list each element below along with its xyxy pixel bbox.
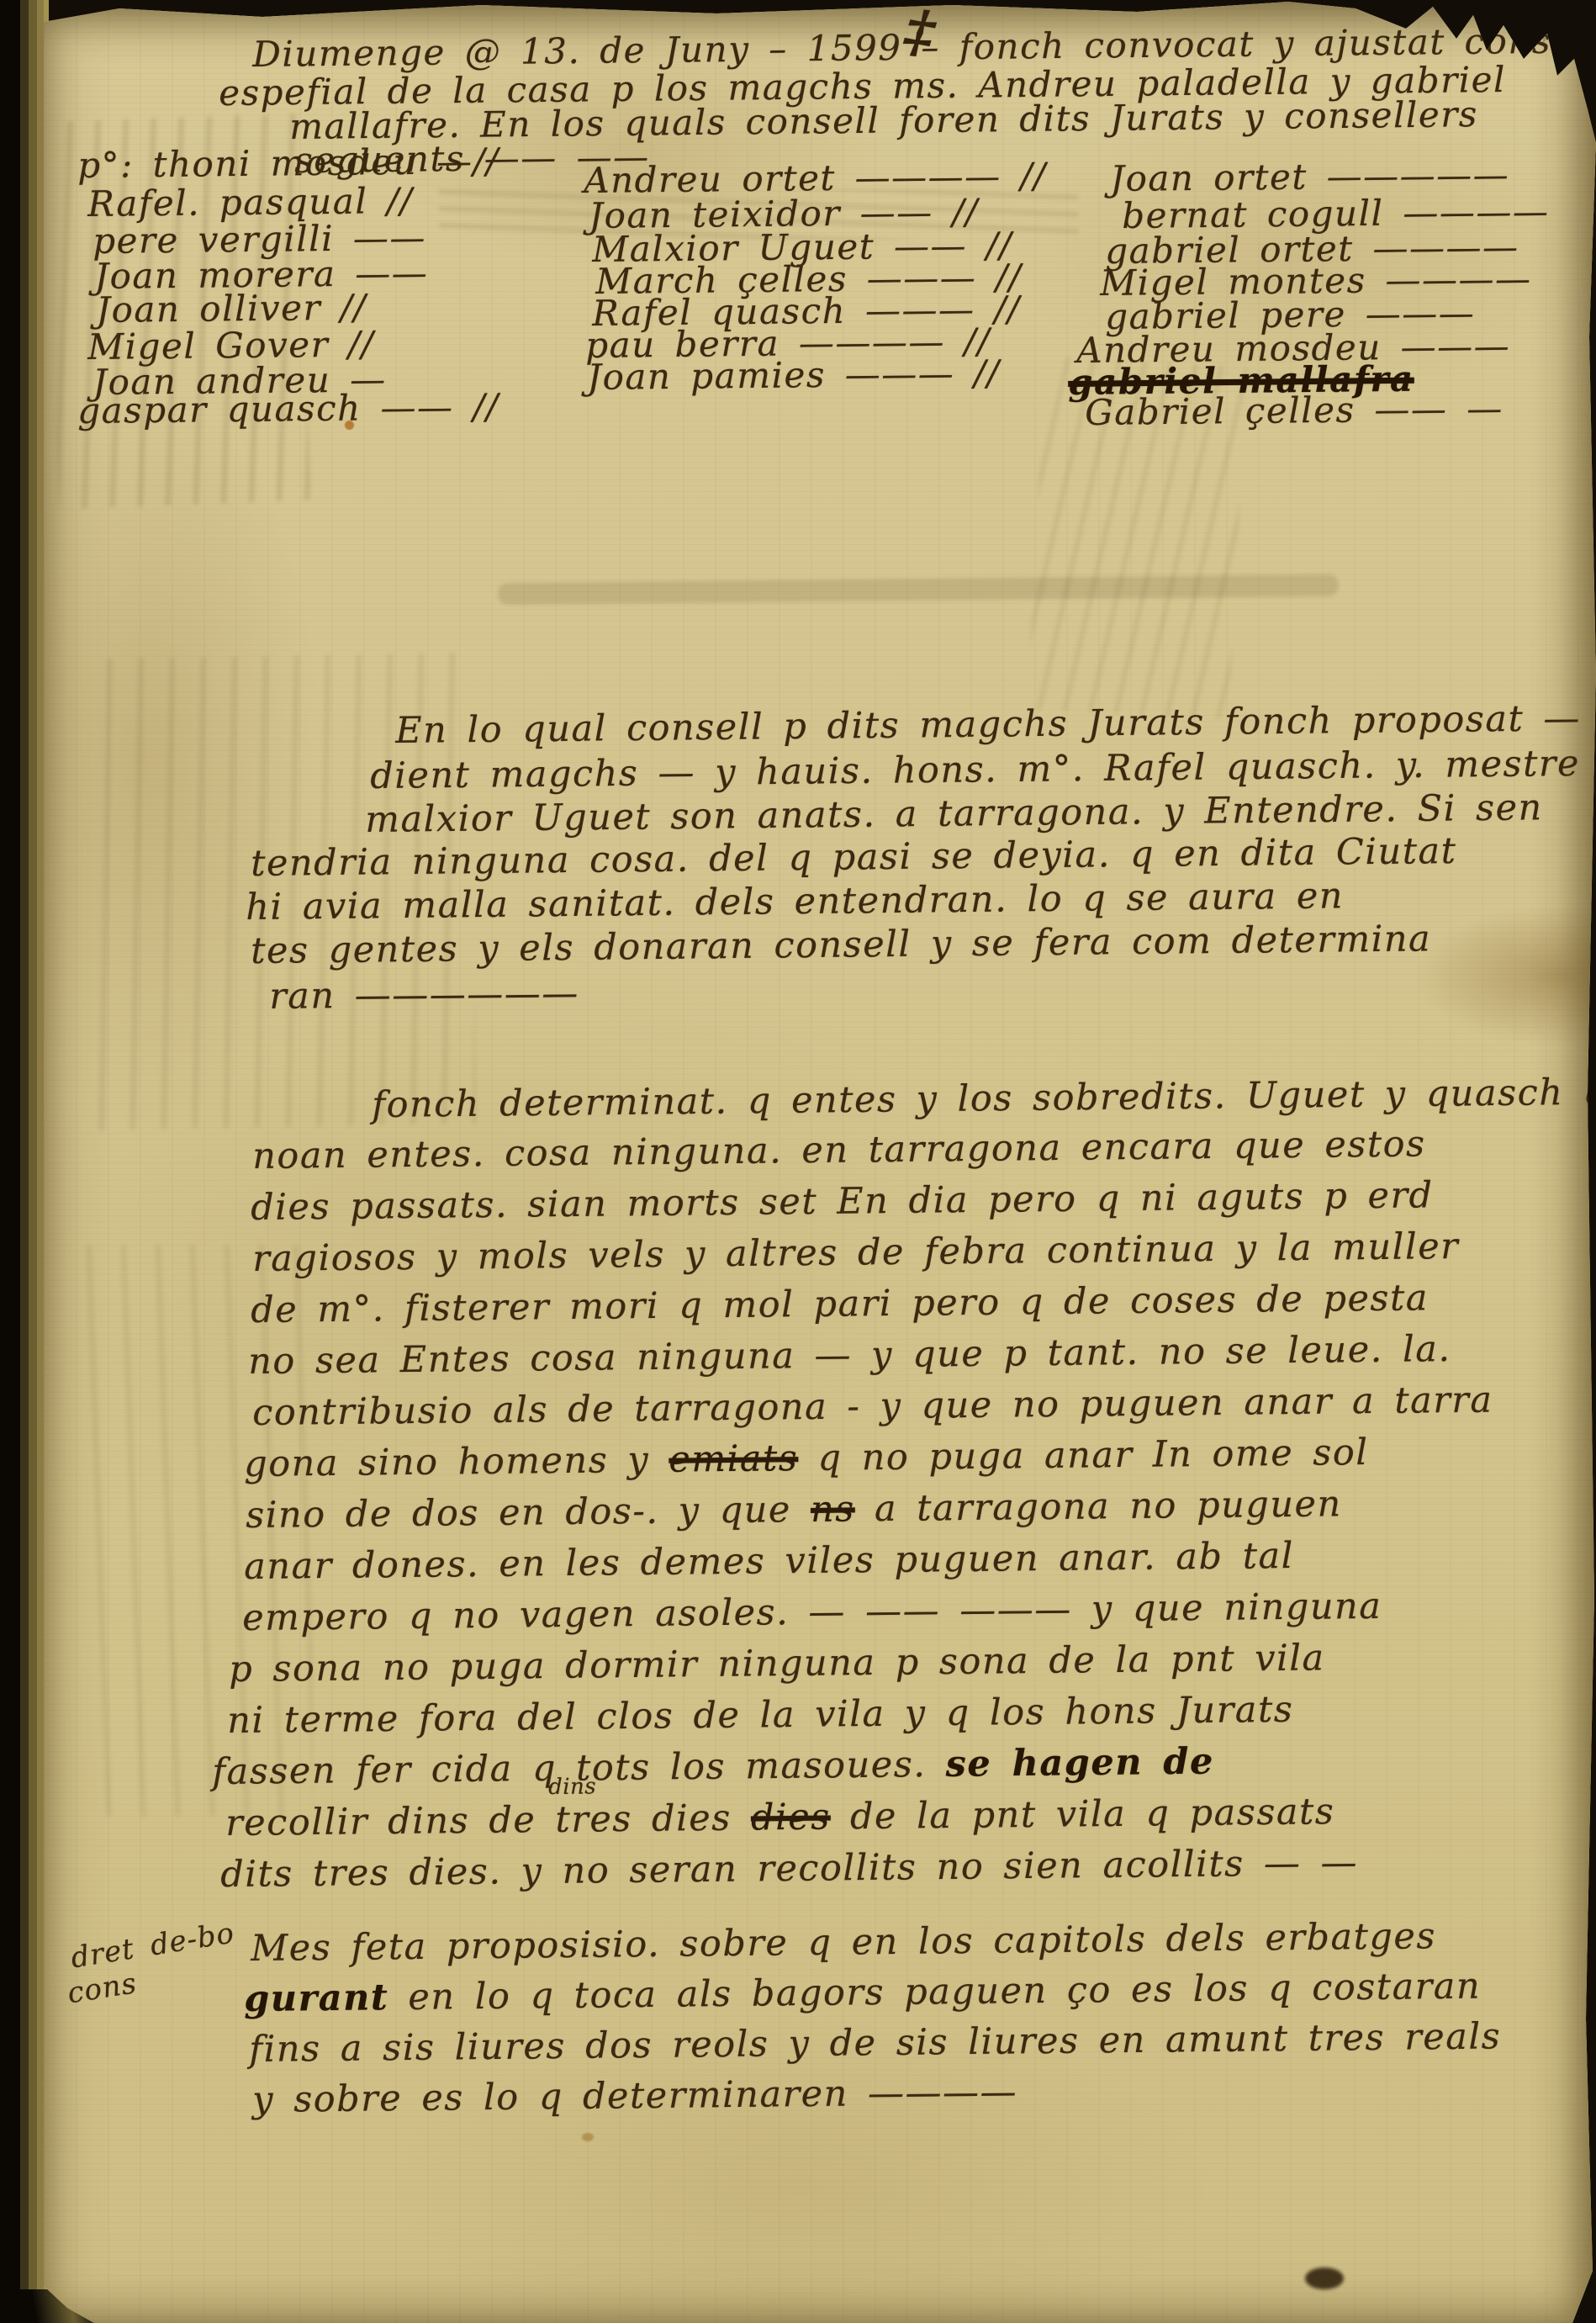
struck-word: dies — [751, 1796, 831, 1839]
line-segment: de la pnt vila q passats — [831, 1791, 1335, 1838]
attendee-name: Gabriel çelles —— — — [1085, 391, 1504, 431]
determination-line: ragiosos y mols vels y altres de febra c… — [252, 1229, 1459, 1278]
attendee-name: gaspar quasch —— // — [77, 389, 499, 429]
determination-line: dits tres dies. y no seran recollits no … — [220, 1845, 1358, 1893]
determination-line: noan entes. cosa ninguna. en tarragona e… — [252, 1126, 1426, 1175]
manuscript-page: 305 ‡ Diumenge @ 13. de Juny – 1599 – fo… — [44, 0, 1596, 2323]
line-segment: sino de dos en dos-. y que — [246, 1489, 811, 1537]
proposal-line: En lo qual consell p dits magchs Jurats … — [395, 701, 1581, 749]
margin-note: cons — [66, 1969, 139, 2008]
determination-line: contribusio als de tarragona - y que no … — [252, 1383, 1493, 1431]
book-gutter — [0, 0, 49, 2323]
determination-line: gona sino homens y emiats q no puga anar… — [244, 1435, 1369, 1483]
overwritten-words: se hagen de — [945, 1741, 1214, 1786]
erbatges-line: gurant en lo q toca als bagors paguen ço… — [244, 1969, 1481, 2018]
attendee-name: Joan pamies ——— // — [587, 356, 1001, 395]
determination-line: no sea Entes cosa ninguna — y que p tant… — [248, 1331, 1451, 1380]
erbatges-line: Mes feta proposisio. sobre q en los capi… — [251, 1918, 1436, 1967]
line-segment: en lo q toca als bagors paguen ço es los… — [388, 1966, 1481, 2019]
line-segment: gona sino homens y — [244, 1439, 669, 1485]
determination-line: recollir dins de tres dies dies de la pn… — [225, 1794, 1335, 1842]
proposal-line: hi avia malla sanitat. dels entendran. l… — [246, 878, 1344, 926]
ink-spot — [582, 2133, 594, 2141]
determination-line: p sona no puga dormir ninguna p sona de … — [229, 1640, 1325, 1688]
line-segment: recollir dins de tres dies — [225, 1796, 751, 1844]
erbatges-line: y sobre es lo q determinaren ———— — [252, 2074, 1017, 2119]
attendee-name: Rafel. pasqual // — [87, 183, 414, 222]
proposal-line: tes gentes y els donaran consell y se fe… — [251, 921, 1431, 970]
bleed-through-smudge — [498, 574, 1339, 605]
line-segment: a tarragona no puguen — [855, 1483, 1342, 1530]
determination-line: ni terme fora del clos de la vila y q lo… — [227, 1692, 1294, 1739]
struck-word: emiats — [669, 1437, 798, 1481]
determination-line: empero q no vagen asoles. — —— ——— y que… — [242, 1589, 1382, 1637]
attendee-name: Joan olliver // — [96, 290, 367, 328]
struck-word: ns — [811, 1488, 855, 1531]
line-segment: q no puga anar In ome sol — [798, 1431, 1369, 1479]
manuscript-scan: 305 ‡ Diumenge @ 13. de Juny – 1599 – fo… — [0, 0, 1596, 2323]
inserted-word: dins — [548, 1775, 596, 1798]
determination-line: fassen fer cida q tots los masoues. se h… — [212, 1744, 1214, 1791]
determination-line: fonch determinat. q entes y los sobredit… — [372, 1075, 1596, 1124]
erbatges-line: fins a sis liures dos reols y de sis liu… — [249, 2019, 1501, 2068]
ink-spot — [1305, 2267, 1344, 2289]
determination-line: sino de dos en dos-. y que ns a tarragon… — [246, 1486, 1342, 1534]
overwritten-words: gurant — [244, 1976, 388, 2020]
determination-line: anar dones. en les demes viles puguen an… — [244, 1538, 1294, 1585]
determination-line: dies passats. sian morts set En dia pero… — [251, 1177, 1434, 1226]
determination-line: de m°. fisterer mori q mol pari pero q d… — [251, 1280, 1429, 1329]
attendee-name: p°: thoni mosdeu —// — [77, 144, 499, 183]
margin-note: dret de-bo — [69, 1918, 236, 1972]
proposal-line: ran —————— — [269, 976, 579, 1015]
